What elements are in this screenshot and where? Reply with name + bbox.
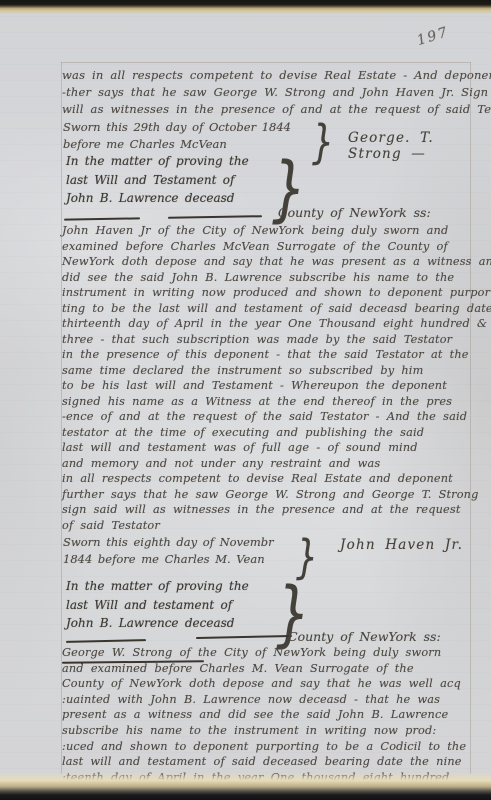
caption-line: last Will and testament of <box>66 596 278 615</box>
manuscript-line: testator at the time of executing and pu… <box>62 425 476 441</box>
manuscript-line: thirteenth day of April in the year One … <box>62 316 476 332</box>
manuscript-line: present as a witness and did see the sai… <box>62 707 476 723</box>
caption-line: John B. Lawrence deceasd <box>66 189 278 208</box>
manuscript-line: last will and testament was of full age … <box>62 440 476 456</box>
manuscript-line: in all respects competent to devise Real… <box>62 471 476 487</box>
manuscript-line: will as witnesses in the presence of and… <box>62 101 474 118</box>
manuscript-line: County of NewYork doth depose and say th… <box>62 676 476 692</box>
manuscript-line: ting to be the last will and testament o… <box>62 301 476 317</box>
flourish-underline <box>66 639 146 643</box>
manuscript-line: last will and testament of said deceased… <box>62 754 476 770</box>
manuscript-line: :uainted with John B. Lawrence now decea… <box>62 692 476 708</box>
scan-bottom-edge <box>0 772 491 800</box>
manuscript-line: instrument in writing now produced and s… <box>62 285 476 301</box>
scan-top-edge <box>0 0 491 14</box>
caption-line: last Will and Testament of <box>66 171 278 190</box>
flourish-underline <box>168 215 262 219</box>
caption-line: In the matter of proving the <box>66 152 278 171</box>
signature-george-t-strong: George. T. Strong — <box>348 130 488 162</box>
caption-line: John B. Lawrence deceasd <box>66 614 278 633</box>
manuscript-line: :uced and shown to deponent purporting t… <box>62 739 476 755</box>
manuscript-line: and memory and not under any restraint a… <box>62 456 476 472</box>
manuscript-line: John Haven Jr of the City of NewYork bei… <box>62 223 476 239</box>
jurat-november: Sworn this eighth day of Novembr 1844 be… <box>63 534 313 568</box>
opening-paragraph: was in all respects competent to devise … <box>62 67 474 118</box>
venue-heading-2: County of NewYork ss: <box>288 629 488 644</box>
manuscript-line: NewYork doth depose and say that he was … <box>62 254 476 270</box>
caption-line: In the matter of proving the <box>66 577 278 596</box>
manuscript-line: further says that he saw George W. Stron… <box>62 487 476 503</box>
brace-glyph: } <box>312 116 334 170</box>
manuscript-page-scan: 197 was in all respects competent to dev… <box>0 0 491 800</box>
signature-john-haven: John Haven Jr. <box>340 537 480 553</box>
manuscript-line: and examined before Charles M. Vean Surr… <box>62 661 476 677</box>
manuscript-line: in the presence of this deponent - that … <box>62 347 476 363</box>
manuscript-line: sign said will as witnesses in the prese… <box>62 502 476 518</box>
margin-rule-top <box>61 62 471 63</box>
manuscript-line: signed his name as a Witness at the end … <box>62 394 476 410</box>
manuscript-line: subscribe his name to the instrument in … <box>62 723 476 739</box>
manuscript-line: three - that such subscription was made … <box>62 332 476 348</box>
manuscript-line: -ence of and at the request of the said … <box>62 409 476 425</box>
jurat-line: Sworn this eighth day of Novembr <box>63 534 313 551</box>
flourish-underline <box>64 217 140 220</box>
deposition-john-haven: John Haven Jr of the City of NewYork bei… <box>62 223 476 533</box>
jurat-line: 1844 before me Charles M. Vean <box>63 551 313 568</box>
manuscript-line: to be his last will and Testament - Wher… <box>62 378 476 394</box>
deposition-george-strong: George W. Strong of the City of NewYork … <box>62 645 476 785</box>
manuscript-line: George W. Strong of the City of NewYork … <box>62 645 476 661</box>
manuscript-line: examined before Charles McVean Surrogate… <box>62 239 476 255</box>
manuscript-line: did see the said John B. Lawrence subscr… <box>62 270 476 286</box>
matter-caption-2: In the matter of proving thelast Will an… <box>66 577 278 633</box>
manuscript-line: -ther says that he saw George W. Strong … <box>62 84 474 101</box>
page-number: 197 <box>415 15 481 49</box>
manuscript-line: of said Testator <box>62 518 476 534</box>
matter-caption-1: In the matter of proving thelast Will an… <box>66 152 278 208</box>
manuscript-line: was in all respects competent to devise … <box>62 67 474 84</box>
manuscript-line: same time declared the instrument so sub… <box>62 363 476 379</box>
venue-heading-1: County of NewYork ss: <box>278 205 478 220</box>
jurat-line: Sworn this 29th day of October 1844 <box>63 119 313 136</box>
